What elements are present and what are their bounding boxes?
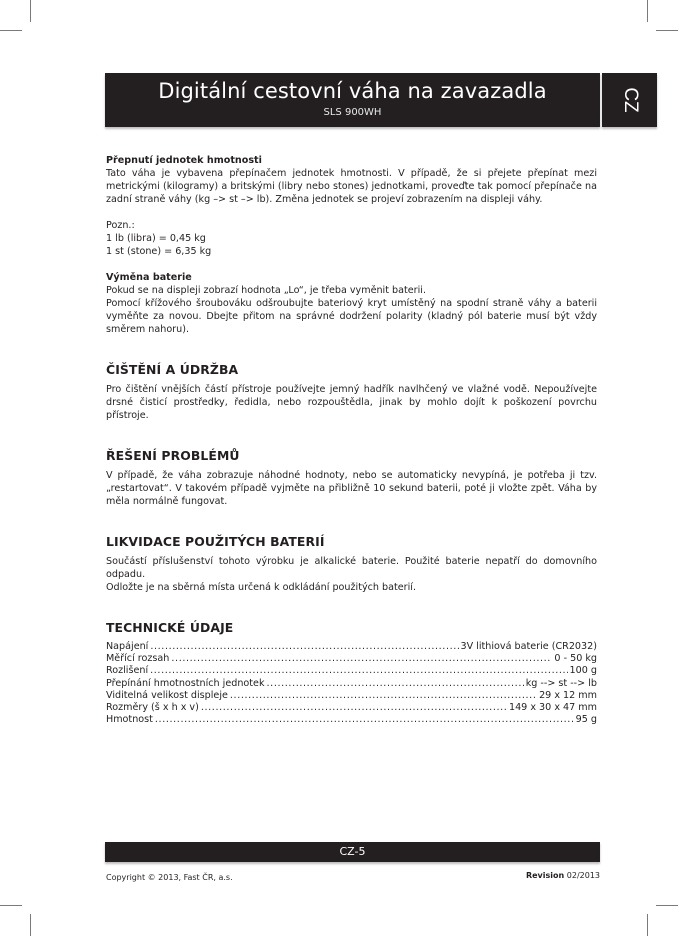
crop-mark — [647, 0, 648, 22]
crop-mark — [656, 905, 678, 906]
spec-value: 3V lithiová baterie (CR2032) — [461, 641, 598, 653]
spec-row: Napájení3V lithiová baterie (CR2032) — [106, 641, 597, 653]
note-line: 1 st (stone) = 6,35 kg — [106, 245, 597, 258]
cleaning-heading: ČIŠTĚNÍ A ÚDRŽBA — [106, 362, 597, 378]
spec-value: 0 - 50 kg — [554, 653, 597, 665]
disposal-text: Odložte je na sběrná místa určená k odkl… — [106, 581, 597, 594]
spec-value: 100 g — [570, 665, 597, 677]
spec-row: Hmotnost95 g — [106, 714, 597, 726]
document-title: Digitální cestovní váha na zavazadla — [105, 79, 600, 103]
specs-table: Napájení3V lithiová baterie (CR2032) Měř… — [106, 641, 597, 726]
language-tab-label: CZ — [619, 87, 641, 112]
battery-replacement-line: Pomocí křížového šroubováku odšroubujte … — [106, 297, 597, 336]
crop-mark — [30, 0, 31, 22]
battery-replacement-line: Pokud se na displeji zobrazí hodnota „Lo… — [106, 284, 597, 297]
specs-heading: TECHNICKÉ ÚDAJE — [106, 620, 597, 636]
troubleshooting-text: V případě, že váha zobrazuje náhodné hod… — [106, 469, 597, 508]
spec-value: kg --> st --> lb — [526, 678, 597, 690]
crop-mark — [0, 30, 22, 31]
cleaning-text: Pro čištění vnějších částí přístroje pou… — [106, 383, 597, 422]
spec-row: Rozlišení100 g — [106, 665, 597, 677]
unit-switch-text: Tato váha je vybavena přepínačem jednote… — [106, 167, 597, 206]
revision-label: Revision — [526, 871, 564, 880]
document-body: Přepnutí jednotek hmotnosti Tato váha je… — [106, 154, 597, 726]
spec-row: Rozměry (š x h x v)149 x 30 x 47 mm — [106, 702, 597, 714]
unit-switch-heading: Přepnutí jednotek hmotnosti — [106, 154, 597, 167]
note-line: 1 lb (libra) = 0,45 kg — [106, 232, 597, 245]
troubleshooting-heading: ŘEŠENÍ PROBLÉMŮ — [106, 448, 597, 464]
spec-label: Rozlišení — [106, 665, 148, 677]
spec-row: Měřící rozsah0 - 50 kg — [106, 653, 597, 665]
revision-value: 02/2013 — [567, 871, 600, 880]
note-label: Pozn.: — [106, 219, 597, 232]
disposal-section: LIKVIDACE POUŽITÝCH BATERIÍ Součástí pří… — [106, 534, 597, 594]
copyright: Copyright © 2013, Fast ČR, a.s. — [106, 873, 233, 882]
crop-mark — [30, 914, 31, 936]
battery-replacement-heading: Výměna baterie — [106, 271, 597, 284]
disposal-text: Součástí příslušenství tohoto výrobku je… — [106, 555, 597, 581]
spec-label: Viditelná velikost displeje — [106, 690, 228, 702]
language-tab: CZ — [602, 73, 657, 127]
revision: Revision 02/2013 — [526, 871, 600, 880]
page-number-bar: CZ-5 — [105, 842, 600, 862]
cleaning-section: ČIŠTĚNÍ A ÚDRŽBA Pro čištění vnějších čá… — [106, 362, 597, 422]
spec-value: 95 g — [576, 714, 597, 726]
spec-row: Viditelná velikost displeje29 x 12 mm — [106, 690, 597, 702]
crop-mark — [647, 914, 648, 936]
specs-section: TECHNICKÉ ÚDAJE Napájení3V lithiová bate… — [106, 620, 597, 726]
page-number: CZ-5 — [340, 845, 366, 858]
spec-label: Měřící rozsah — [106, 653, 169, 665]
spec-label: Přepínání hmotnostních jednotek — [106, 678, 265, 690]
crop-mark — [0, 905, 22, 906]
spec-label: Rozměry (š x h x v) — [106, 702, 199, 714]
crop-mark — [656, 30, 678, 31]
model-number: SLS 900WH — [105, 106, 600, 120]
title-bar: Digitální cestovní váha na zavazadla SLS… — [105, 73, 600, 127]
spec-label: Napájení — [106, 641, 148, 653]
troubleshooting-section: ŘEŠENÍ PROBLÉMŮ V případě, že váha zobra… — [106, 448, 597, 508]
spec-value: 29 x 12 mm — [539, 690, 597, 702]
spec-row: Přepínání hmotnostních jednotekkg --> st… — [106, 678, 597, 690]
spec-label: Hmotnost — [106, 714, 153, 726]
disposal-heading: LIKVIDACE POUŽITÝCH BATERIÍ — [106, 534, 597, 550]
spec-value: 149 x 30 x 47 mm — [509, 702, 597, 714]
